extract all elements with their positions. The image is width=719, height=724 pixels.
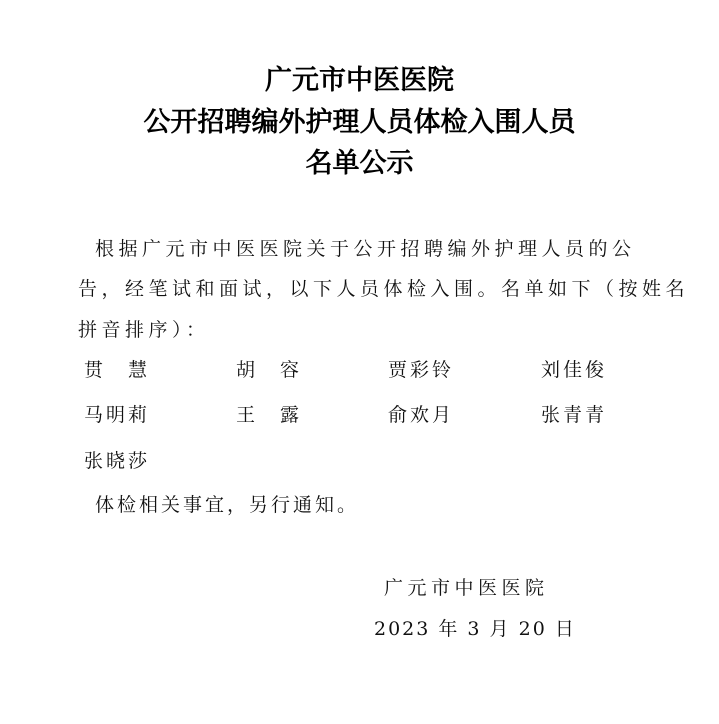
name-item: 刘佳俊 xyxy=(541,355,607,382)
name-item: 贯 慧 xyxy=(84,355,150,382)
name-item: 贾彩铃 xyxy=(388,355,454,382)
intro-line-2: 告，经笔试和面试，以下人员体检入围。名单如下（按姓名 xyxy=(78,274,689,301)
notice-text: 体检相关事宜，另行通知。 xyxy=(95,490,359,517)
name-item: 张青青 xyxy=(541,400,607,427)
signature: 广元市中医医院 xyxy=(384,573,549,600)
title-hospital: 广元市中医医院 xyxy=(0,58,719,97)
name-item: 俞欢月 xyxy=(388,400,454,427)
name-item: 张晓莎 xyxy=(84,446,150,473)
name-item: 胡 容 xyxy=(236,355,302,382)
name-item: 王 露 xyxy=(236,400,302,427)
date: 2023 年 3 月 20 日 xyxy=(374,614,576,641)
intro-line-1: 根据广元市中医医院关于公开招聘编外护理人员的公 xyxy=(95,234,636,261)
title-announcement: 名单公示 xyxy=(0,141,719,180)
title-subject: 公开招聘编外护理人员体检入围人员 xyxy=(0,100,719,139)
name-item: 马明莉 xyxy=(84,400,150,427)
intro-line-3: 拼音排序）： xyxy=(78,315,210,342)
